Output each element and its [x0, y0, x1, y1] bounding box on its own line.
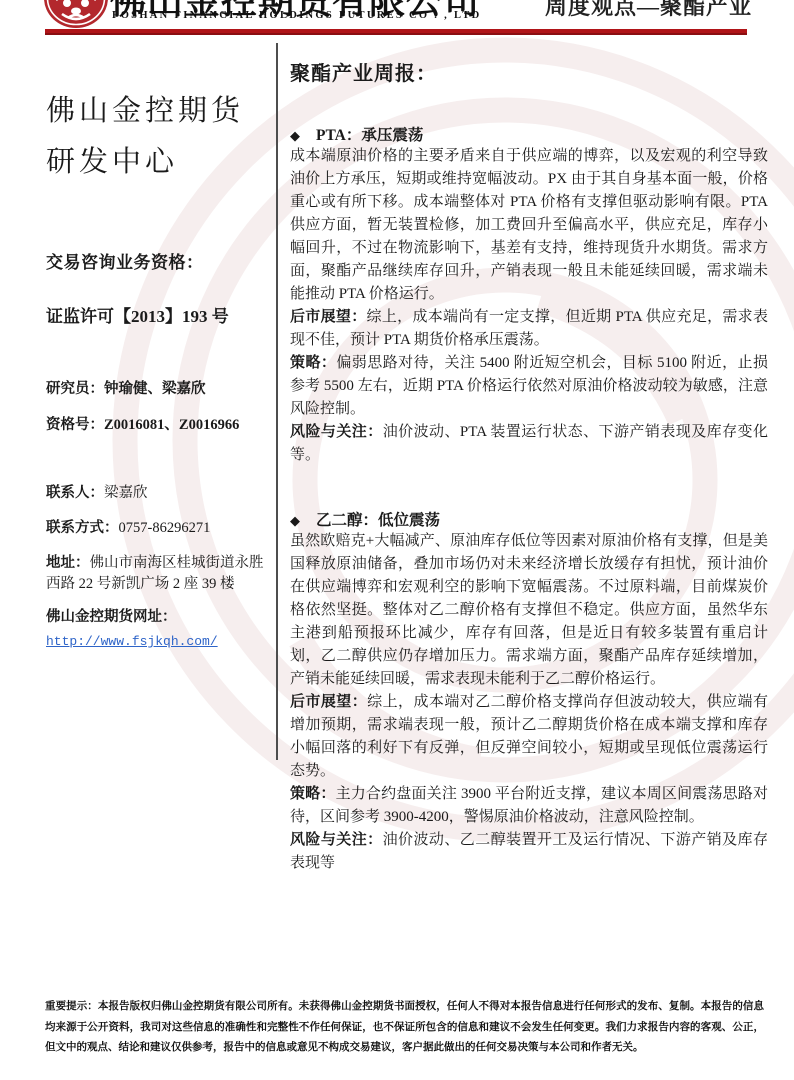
section-meg-heading: ◆乙二醇：低位震荡 — [290, 508, 768, 530]
license-number: 证监许可【2013】193 号 — [46, 302, 262, 327]
address-row: 地址：佛山市南海区桂城街道永胜西路 22 号新凯广场 2 座 39 楼 — [46, 553, 271, 595]
section-pta: ◆PTA：承压震荡 成本端原油价格的主要矛盾来自于供应端的博弈，以及宏观的利空导… — [290, 123, 768, 467]
section-meg-outlook: 后市展望：综上，成本端对乙二醇价格支撑尚存但波动较大，供应端有增加预期，需求端表… — [290, 691, 768, 783]
sidebar: 佛山金控期货 研发中心 交易咨询业务资格： 证监许可【2013】193 号 研究… — [46, 86, 262, 650]
report-page: 佛山金控期货有限公司 FOSHAN FINANCIAL HOLDINGS FUT… — [0, 0, 794, 1080]
section-pta-body: 成本端原油价格的主要矛盾来自于供应端的博弈，以及宏观的利空导致油价上方承压，短期… — [290, 145, 768, 306]
report-body: 聚酯产业周报： ◆PTA：承压震荡 成本端原油价格的主要矛盾来自于供应端的博弈，… — [290, 57, 768, 875]
disclaimer-label: 重要提示： — [45, 1001, 98, 1012]
section-meg-risk: 风险与关注：油价波动、乙二醇装置开工及运行情况、下游产销及库存表现等 — [290, 829, 768, 875]
website-label: 佛山金控期货网址： — [46, 607, 262, 628]
company-logo-icon — [42, 0, 110, 30]
researcher-row: 研究员：钟瑜健、梁嘉欣 — [46, 379, 262, 400]
cert-number-row: 资格号：Z0016081、Z0016966 — [46, 415, 262, 436]
disclaimer-text: 本报告版权归佛山金控期货有限公司所有。未获得佛山金控期货书面授权，任何人不得对本… — [45, 1001, 764, 1053]
diamond-bullet-icon: ◆ — [290, 128, 300, 144]
qualification-label: 交易咨询业务资格： — [46, 248, 262, 273]
section-pta-outlook: 后市展望：综上，成本端尚有一定支撑，但近期 PTA 供应充足，需求表现不佳，预计… — [290, 306, 768, 352]
section-meg: ◆乙二醇：低位震荡 虽然欧赔克+大幅减产、原油库存低位等因素对原油价格有支撑，但… — [290, 508, 768, 875]
report-title: 聚酯产业周报： — [290, 57, 768, 86]
column-divider — [276, 43, 278, 760]
section-meg-body: 虽然欧赔克+大幅减产、原油库存低位等因素对原油价格有支撑，但是美国释放原油储备，… — [290, 530, 768, 691]
section-pta-strategy: 策略：偏弱思路对待，关注 5400 附近短空机会，目标 5100 附近，止损参考… — [290, 352, 768, 421]
department-title: 佛山金控期货 研发中心 — [46, 86, 262, 188]
website-link[interactable]: http://www.fsjkqh.com/ — [46, 634, 218, 649]
contact-person-row: 联系人：梁嘉欣 — [46, 483, 262, 504]
company-name-en: FOSHAN FINANCIAL HOLDINGS FUTURES CO . ,… — [112, 10, 481, 21]
diamond-bullet-icon: ◆ — [290, 513, 300, 529]
disclaimer: 重要提示：本报告版权归佛山金控期货有限公司所有。未获得佛山金控期货书面授权，任何… — [45, 997, 764, 1059]
report-topic-tag: 周度观点—聚酯产业 — [545, 0, 752, 21]
section-pta-risk: 风险与关注：油价波动、PTA 装置运行状态、下游产销表现及库存变化等。 — [290, 421, 768, 467]
section-meg-strategy: 策略：主力合约盘面关注 3900 平台附近支撑，建议本周区间震荡思路对待，区间参… — [290, 783, 768, 829]
contact-phone-row: 联系方式：0757-86296271 — [46, 518, 262, 539]
section-pta-heading: ◆PTA：承压震荡 — [290, 123, 768, 145]
header-rule — [45, 29, 747, 35]
